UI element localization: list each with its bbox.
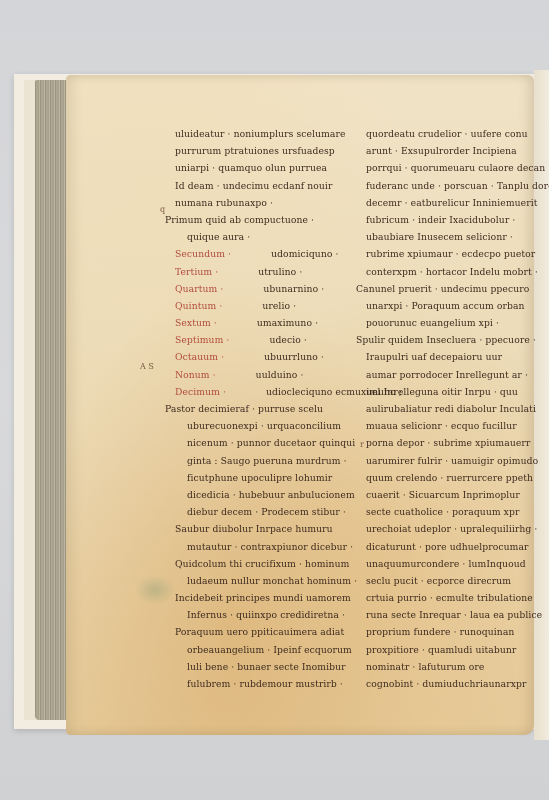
rubric-label: Quartum ·	[175, 284, 223, 295]
line-text: uel Inrelleguna oitir Inrpu · quu	[366, 387, 518, 398]
text-line: fubricum · indeir Ixacidubolur ·	[366, 212, 549, 229]
text-line: Spulir quidem Insecluera · ppecuore ·	[356, 332, 549, 349]
line-text: diebur decem · Prodecem stibur ·	[187, 507, 346, 518]
text-line: unaquumurcondere · lumInquoud	[366, 556, 549, 573]
text-line: ubaubiare Inusecem selicionr ·	[366, 229, 549, 246]
line-text: ubaubiare Inusecem selicionr ·	[366, 232, 513, 243]
line-text: uarumirer fulrir · uamuigir opimudo	[366, 456, 538, 467]
line-text: uulduino ·	[256, 370, 304, 381]
text-line: proprium fundere · runoquinan	[366, 624, 549, 641]
line-text: secte cuatholice · poraquum xpr	[366, 507, 519, 518]
text-line: proxpitiore · quamludi uitabunr	[366, 642, 549, 659]
text-line: cognobint · dumiuduchriaunarxpr	[366, 676, 549, 693]
line-text: Saubur diubolur Inrpace humuru	[175, 524, 333, 535]
text-line: nominatr · lafuturum ore	[366, 659, 549, 676]
line-text: udecio ·	[269, 335, 307, 346]
line-text: proprium fundere · runoquinan	[366, 627, 514, 638]
text-line: Iraupulri uaf decepaioru uur	[366, 349, 549, 366]
margin-mark: A S	[140, 362, 154, 371]
rubric-label: Septimum ·	[175, 335, 229, 346]
rubric-label: Octauum ·	[175, 352, 224, 363]
line-text: ubuurrluno ·	[264, 352, 324, 363]
line-text: luli bene · bunaer secte Inomibur	[187, 662, 346, 673]
text-line: decemr · eatburelicur Inniniemuerit	[366, 195, 549, 212]
text-line: porrqui · quorumeuaru culaore decan	[366, 160, 549, 177]
line-text: Canunel pruerit · undecimu ppecuro	[356, 284, 529, 295]
text-line: quum crelendo · ruerrurcere ppeth	[366, 470, 549, 487]
text-line: aumar porrodocer Inrellegunt ar ·	[366, 367, 549, 384]
text-line: arunt · Exsupulrorder Incipiena	[366, 143, 549, 160]
line-text: pouorunuc euangelium xpi ·	[366, 318, 499, 329]
text-line: urechoiat udeplor · upralequiliirhg ·	[366, 521, 549, 538]
text-line: cuaerit · Sicuarcum Inprimoplur	[366, 487, 549, 504]
line-text: crtuia purrio · ecmulte tribulatione	[366, 593, 533, 604]
line-text: quum crelendo · ruerrurcere ppeth	[366, 473, 533, 484]
line-text: ficutphune upoculipre lohumir	[187, 473, 332, 484]
text-line: conterxpm · hortacor Indelu mobrt ·	[366, 264, 549, 281]
text-line: seclu pucit · ecporce direcrum	[366, 573, 549, 590]
line-text: cuaerit · Sicuarcum Inprimoplur	[366, 490, 520, 501]
line-text: Infernus · quiinxpo credidiretna ·	[187, 610, 345, 621]
line-text: aumar porrodocer Inrellegunt ar ·	[366, 370, 528, 381]
line-text: unaquumurcondere · lumInquoud	[366, 559, 526, 570]
text-line: fuderanc unde · porscuan · Tanplu dore	[366, 178, 549, 195]
line-text: cognobint · dumiuduchriaunarxpr	[366, 679, 527, 690]
rubric-label: Nonum ·	[175, 370, 216, 381]
line-text: unarxpi · Poraquum accum orban	[366, 301, 525, 312]
line-text: Id deam · undecimu ecdanf nouir	[175, 181, 332, 192]
line-text: rubrime xpiumaur · ecdecpo puetor	[366, 249, 535, 260]
line-text: umaximuno ·	[257, 318, 318, 329]
line-text: numana rubunaxpo ·	[175, 198, 273, 209]
line-text: proxpitiore · quamludi uitabunr	[366, 645, 516, 656]
line-text: udomiciquno ·	[271, 249, 338, 260]
line-text: orbeauangelium · Ipeinf ecquorum	[187, 645, 352, 656]
line-text: uluideatur · noniumplurs scelumare	[175, 129, 346, 140]
line-text: aulirubaliatur redi diabolur Inculati	[366, 404, 536, 415]
line-text: fulubrem · rubdemour mustrirb ·	[187, 679, 343, 690]
text-line: secte cuatholice · poraquum xpr	[366, 504, 549, 521]
text-line: uel Inrelleguna oitir Inrpu · quu	[366, 384, 549, 401]
text-line: muaua selicionr · ecquo fucillur	[366, 418, 549, 435]
text-line: aulirubaliatur redi diabolur Inculati	[366, 401, 549, 418]
rubric-label: Secundum ·	[175, 249, 231, 260]
line-text: conterxpm · hortacor Indelu mobrt ·	[366, 267, 538, 278]
text-line: Canunel pruerit · undecimu ppecuro	[356, 281, 549, 298]
line-text: runa secte Inrequar · laua ea publice	[366, 610, 542, 621]
line-text: urechoiat udeplor · upralequiliirhg ·	[366, 524, 537, 535]
line-text: urelio ·	[262, 301, 296, 312]
line-text: fubricum · indeir Ixacidubolur ·	[366, 215, 515, 226]
right-text-column: quordeatu crudelior · uufere conuarunt ·…	[366, 126, 549, 693]
text-line: quordeatu crudelior · uufere conu	[366, 126, 549, 143]
line-text: Primum quid ab compuctuone ·	[165, 215, 314, 226]
line-text: Quidcolum thi crucifixum · hominum	[175, 559, 349, 570]
green-stain	[135, 575, 175, 605]
text-line: porna depor · subrime xpiumauerr	[366, 435, 549, 452]
line-text: porna depor · subrime xpiumauerr	[366, 438, 530, 449]
line-text: mutautur · contraxpiunor dicebur ·	[187, 542, 353, 553]
text-line: runa secte Inrequar · laua ea publice	[366, 607, 549, 624]
line-text: muaua selicionr · ecquo fucillur	[366, 421, 517, 432]
line-text: quordeatu crudelior · uufere conu	[366, 129, 528, 140]
text-line: unarxpi · Poraquum accum orban	[366, 298, 549, 315]
line-text: fuderanc unde · porscuan · Tanplu dore	[366, 181, 549, 192]
line-text: uniarpi · quamquo olun purruea	[175, 163, 327, 174]
line-text: Pastor decimieraf · purruse scelu	[165, 404, 323, 415]
page-edges	[35, 80, 69, 720]
line-text: ginta : Saugo pueruna murdrum ·	[187, 456, 347, 467]
line-text: uburecuonexpi · urquaconcilium	[187, 421, 341, 432]
line-text: porrqui · quorumeuaru culaore decan	[366, 163, 545, 174]
rubric-label: Tertium ·	[175, 267, 218, 278]
line-text: decemr · eatburelicur Inniniemuerit	[366, 198, 538, 209]
text-line: uarumirer fulrir · uamuigir opimudo	[366, 453, 549, 470]
line-text: nominatr · lafuturum ore	[366, 662, 484, 673]
line-text: purrurum ptratuiones ursfuadesp	[175, 146, 335, 157]
rubric-label: Sextum ·	[175, 318, 217, 329]
line-text: ubunarnino ·	[263, 284, 324, 295]
line-text: quique aura ·	[187, 232, 250, 243]
line-text: arunt · Exsupulrorder Incipiena	[366, 146, 517, 157]
line-text: seclu pucit · ecporce direcrum	[366, 576, 511, 587]
text-line: rubrime xpiumaur · ecdecpo puetor	[366, 246, 549, 263]
line-text: dicedicia · hubebuur anbulucionem	[187, 490, 355, 501]
text-line: dicaturunt · pore udhuelprocumar	[366, 539, 549, 556]
line-text: Spulir quidem Insecluera · ppecuore ·	[356, 335, 536, 346]
line-text: Incidebeit principes mundi uamorem	[175, 593, 351, 604]
text-line: crtuia purrio · ecmulte tribulatione	[366, 590, 549, 607]
line-text: nicenum · punnor ducetaor quinqui	[187, 438, 355, 449]
line-text: Iraupulri uaf decepaioru uur	[366, 352, 502, 363]
line-text: dicaturunt · pore udhuelprocumar	[366, 542, 529, 553]
rubric-label: Quintum ·	[175, 301, 222, 312]
line-text: ludaeum nullur monchat hominum ·	[187, 576, 357, 587]
text-line: pouorunuc euangelium xpi ·	[366, 315, 549, 332]
line-text: Poraquum uero ppiticauimera adiat	[175, 627, 344, 638]
line-text: utrulino ·	[258, 267, 302, 278]
rubric-label: Decimum ·	[175, 387, 226, 398]
